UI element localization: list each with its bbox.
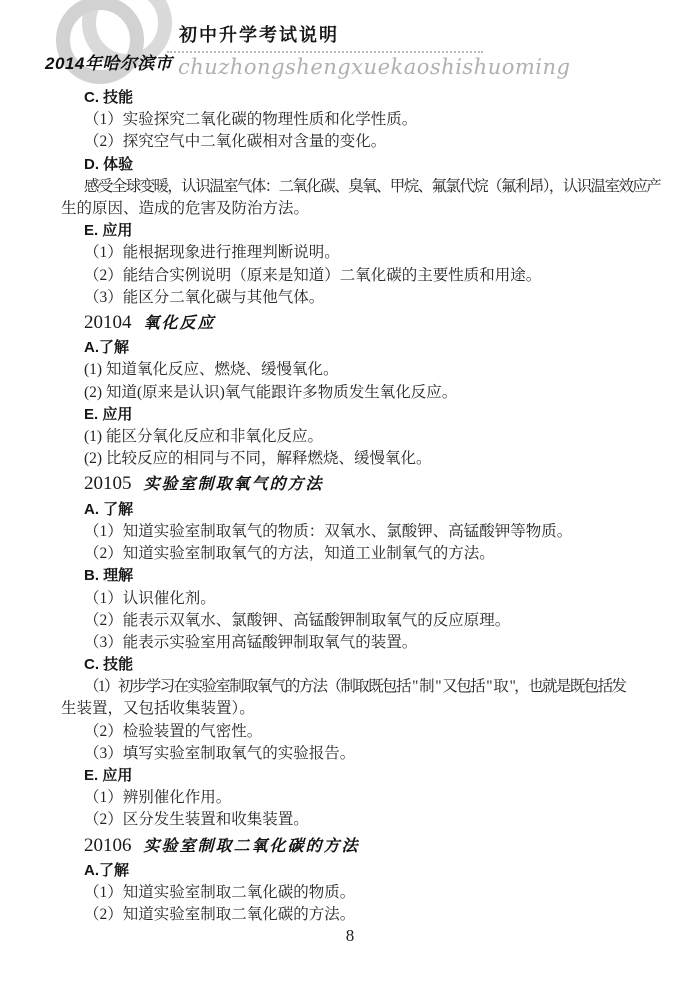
section-title: 实验室制取氧气的方法 [144, 476, 324, 493]
level-label: E. 应用 [61, 765, 671, 787]
content-lines: C. 技能（1）实验探究二氧化碳的物理性质和化学性质。（2）探究空气中二氧化碳相… [61, 87, 671, 927]
content-line: 生的原因、造成的危害及防治方法。 [61, 198, 671, 220]
content-line: （1）能根据现象进行推理判断说明。 [61, 242, 671, 264]
level-label: E. 应用 [61, 404, 671, 426]
section-heading: 20104氧化反应 [61, 309, 671, 337]
section-number: 20106 [84, 835, 132, 856]
content-line: （2）探究空气中二氧化碳相对含量的变化。 [61, 131, 671, 153]
content-line: （2）检验装置的气密性。 [61, 721, 671, 743]
header-dotted-divider [167, 51, 483, 53]
page-number: 8 [0, 926, 700, 946]
content-line: (1) 知道氧化反应、燃烧、缓慢氧化。 [61, 359, 671, 381]
content-line: （1）初步学习在实验室制取氧气的方法（制取既包括 " 制 " 又包括 " 取 "… [61, 676, 671, 698]
page-title: 初中升学考试说明 [179, 21, 339, 47]
content-line: （2）知道实验室制取二氧化碳的方法。 [61, 904, 671, 926]
content-line: (1) 能区分氧化反应和非氧化反应。 [61, 426, 671, 448]
level-label: B. 理解 [61, 565, 671, 587]
section-number: 20104 [84, 312, 132, 333]
level-label: E. 应用 [61, 220, 671, 242]
document-page: 2014年哈尔滨市 初中升学考试说明 chuzhongshengxuekaosh… [0, 0, 700, 986]
content-line: （1）辨别催化作用。 [61, 787, 671, 809]
content-line: （2）能结合实例说明（原来是知道）二氧化碳的主要性质和用途。 [61, 265, 671, 287]
content-line: （1）实验探究二氧化碳的物理性质和化学性质。 [61, 109, 671, 131]
level-label: C. 技能 [61, 87, 671, 109]
content-line: （1）知道实验室制取二氧化碳的物质。 [61, 882, 671, 904]
edition-year-city: 2014年哈尔滨市 [45, 49, 172, 74]
content-line: （3）能表示实验室用高锰酸钾制取氧气的装置。 [61, 632, 671, 654]
content-line: （1）知道实验室制取氧气的物质：双氧水、氯酸钾、高锰酸钾等物质。 [61, 521, 671, 543]
content-line: （3）能区分二氧化碳与其他气体。 [61, 287, 671, 309]
content-line: （1）认识催化剂。 [61, 588, 671, 610]
content-line: 生装置，又包括收集装置）。 [61, 698, 671, 720]
level-label: D. 体验 [61, 154, 671, 176]
content-line: 感受全球变暖，认识温室气体：二氧化碳、臭氧、甲烷、氟氯代烷（氟利昂），认识温室效… [61, 176, 671, 198]
content-line: (2) 比较反应的相同与不同，解释燃烧、缓慢氧化。 [61, 448, 671, 470]
section-title: 氧化反应 [144, 315, 216, 332]
section-heading: 20105实验室制取氧气的方法 [61, 470, 671, 498]
content-line: (2) 知道(原来是认识)氧气能跟许多物质发生氧化反应。 [61, 382, 671, 404]
level-label: A. 了解 [61, 499, 671, 521]
level-label: A.了解 [61, 337, 671, 359]
content-line: （3）填写实验室制取氧气的实验报告。 [61, 743, 671, 765]
section-title: 实验室制取二氧化碳的方法 [144, 838, 360, 855]
section-heading: 20106实验室制取二氧化碳的方法 [61, 832, 671, 860]
level-label: A.了解 [61, 860, 671, 882]
content-line: （2）能表示双氧水、氯酸钾、高锰酸钾制取氧气的反应原理。 [61, 610, 671, 632]
content-line: （2）知道实验室制取氧气的方法，知道工业制氧气的方法。 [61, 543, 671, 565]
level-label: C. 技能 [61, 654, 671, 676]
section-number: 20105 [84, 473, 132, 494]
content-line: （2）区分发生装置和收集装置。 [61, 809, 671, 831]
header-pinyin-subtitle: chuzhongshengxuekaoshishuoming [178, 55, 570, 79]
